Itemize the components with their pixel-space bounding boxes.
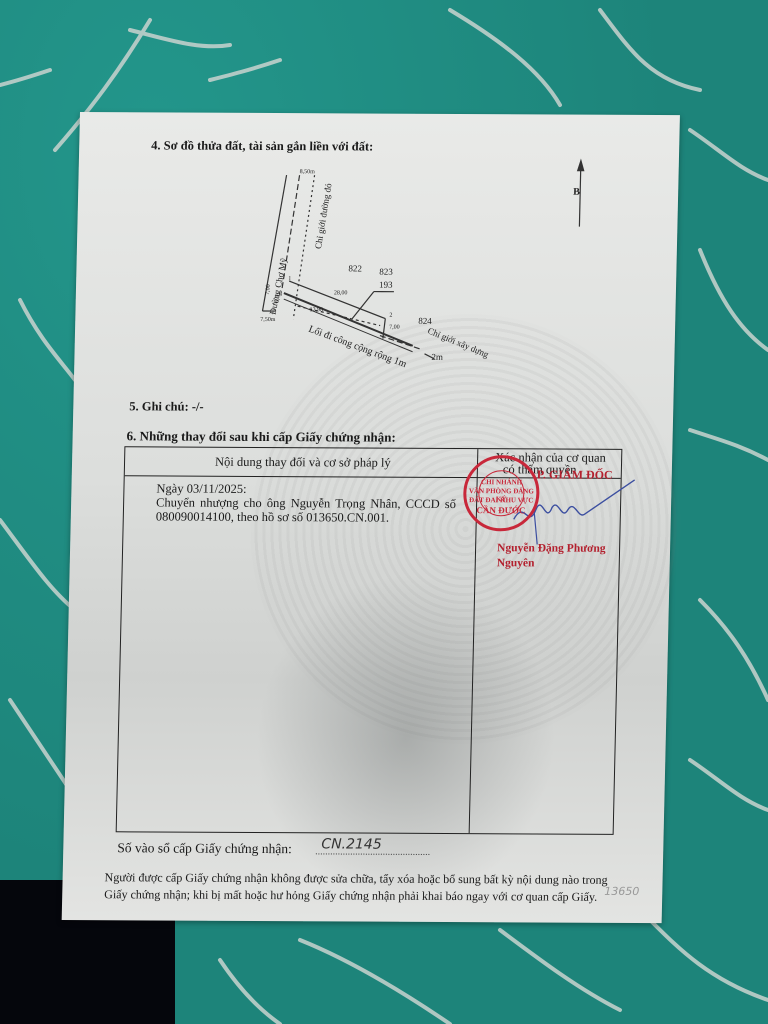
svg-text:2m: 2m (431, 352, 443, 362)
notice-line-2: Giấy chứng nhận; khi bị mất hoặc hư hỏng… (104, 887, 597, 905)
changes-table: Nội dung thay đổi và cơ sở pháp lý Xác n… (116, 446, 623, 835)
svg-text:Chỉ giới đường đỏ: Chỉ giới đường đỏ (313, 182, 334, 249)
svg-text:12,98: 12,98 (309, 307, 323, 313)
svg-text:28,00: 28,00 (334, 290, 348, 296)
svg-text:822: 822 (348, 263, 362, 273)
svg-text:6,03: 6,03 (275, 292, 282, 303)
svg-text:2: 2 (389, 313, 392, 319)
registry-label: Số vào sổ cấp Giấy chứng nhận: (117, 840, 292, 857)
svg-text:Lối đi công cộng rộng 1m: Lối đi công cộng rộng 1m (307, 324, 408, 371)
svg-text:824: 824 (418, 316, 432, 326)
svg-text:8,50m: 8,50m (300, 169, 316, 175)
margin-handwritten-note: 13650 (604, 885, 639, 898)
svg-text:7,50m: 7,50m (260, 317, 276, 323)
svg-text:7,00: 7,00 (389, 325, 400, 331)
svg-text:193: 193 (379, 280, 393, 290)
col-header-changes: Nội dung thay đổi và cơ sở pháp lý (215, 455, 391, 471)
entry-line-2: 080090014100, theo hồ sơ số 013650.CN.00… (156, 509, 390, 525)
svg-text:B: B (573, 187, 580, 198)
notice-line-1: Người được cấp Giấy chứng nhận không đượ… (104, 870, 607, 888)
svg-text:1: 1 (288, 276, 291, 282)
svg-text:7,00: 7,00 (265, 284, 272, 295)
registry-number: CN.2145 (321, 836, 382, 852)
section-5-notes: 5. Ghi chú: -/- (129, 399, 204, 414)
section-6-title: 6. Những thay đổi sau khi cấp Giấy chứng… (126, 428, 396, 445)
svg-text:823: 823 (379, 267, 393, 277)
land-certificate-page: 4. Sơ đồ thửa đất, tài sản gắn liền với … (62, 112, 680, 923)
